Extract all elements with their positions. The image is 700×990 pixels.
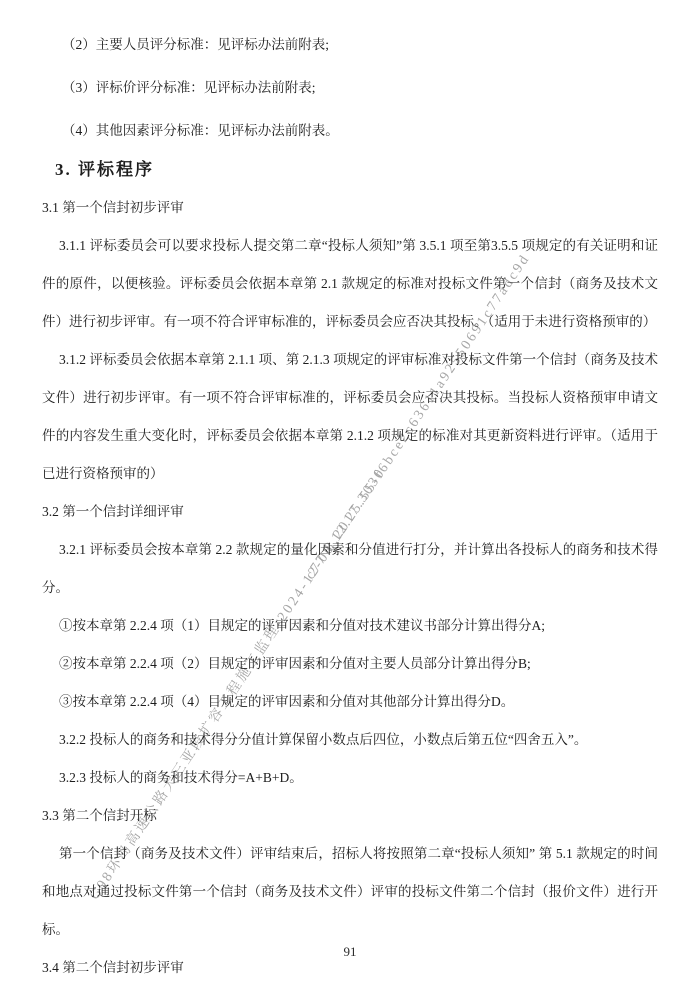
paragraph: 3.2.2 投标人的商务和技术得分分值计算保留小数点后四位，小数点后第五位“四舍… — [42, 721, 658, 759]
paragraph: ②按本章第 2.2.4 项（2）目规定的评审因素和分值对主要人员部分计算出得分B… — [42, 645, 658, 683]
section-heading: 3.1 第一个信封初步评审 — [42, 189, 658, 227]
list-item: （3）评标价评分标准：见评标办法前附表; — [42, 69, 658, 107]
page-number: 91 — [0, 944, 700, 960]
document-body: （2）主要人员评分标准：见评标办法前附表;（3）评标价评分标准：见评标办法前附表… — [0, 0, 700, 987]
paragraph: 3.2.1 评标委员会按本章第 2.2 款规定的量化因素和分值进行打分，并计算出… — [42, 531, 658, 607]
paragraph: 3.2.3 投标人的商务和技术得分=A+B+D。 — [42, 759, 658, 797]
paragraph: ③按本章第 2.2.4 项（4）目规定的评审因素和分值对其他部分计算出得分D。 — [42, 683, 658, 721]
chapter-heading: 3. 评标程序 — [55, 155, 658, 185]
document-page: G98环岛高速公路大三亚段扩容工程施工监理-2024-12-06 12.25.5… — [0, 0, 700, 990]
paragraph: 第一个信封（商务及技术文件）评审结束后，招标人将按照第二章“投标人须知” 第 5… — [42, 835, 658, 949]
paragraph: 3.1.1 评标委员会可以要求投标人提交第二章“投标人须知”第 3.5.1 项至… — [42, 227, 658, 341]
section-heading: 3.3 第二个信封开标 — [42, 797, 658, 835]
list-item: （4）其他因素评分标准：见评标办法前附表。 — [42, 112, 658, 150]
list-item: （2）主要人员评分标准：见评标办法前附表; — [42, 26, 658, 64]
paragraph: ①按本章第 2.2.4 项（1）目规定的评审因素和分值对技术建议书部分计算出得分… — [42, 607, 658, 645]
section-heading: 3.2 第一个信封详细评审 — [42, 493, 658, 531]
paragraph: 3.1.2 评标委员会依据本章第 2.1.1 项、第 2.1.3 项规定的评审标… — [42, 341, 658, 493]
